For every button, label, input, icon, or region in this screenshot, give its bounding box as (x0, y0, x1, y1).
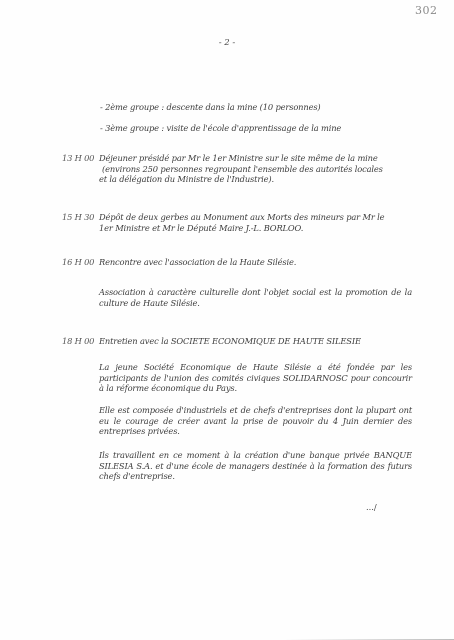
document-page: 302 - 2 - - 2ème groupe : descente dans … (0, 0, 454, 640)
group-item-3: - 3ème groupe : visite de l'école d'appr… (100, 123, 341, 134)
entry-1530-line-1: Dépôt de deux gerbes au Monument aux Mor… (99, 212, 384, 223)
schedule-time-1800: 18 H 00 (62, 336, 94, 346)
entry-1300-line-1: Déjeuner présidé par Mr le 1er Ministre … (99, 153, 378, 164)
entry-1530-line-2: 1er Ministre et Mr le Député Maire J.-L.… (99, 223, 303, 234)
entry-1800-line-1: Entretien avec la SOCIETE ECONOMIQUE DE … (99, 336, 361, 347)
continuation-mark: .../ (366, 502, 377, 512)
entry-1300-line-3: et la délégation du Ministre de l'Indust… (99, 174, 274, 185)
entry-1600-paragraph: Association à caractère culturelle dont … (99, 287, 412, 308)
entry-1800-paragraph-1: La jeune Société Economique de Haute Sil… (99, 362, 412, 394)
entry-1300-line-2: (environs 250 personnes regroupant l'ens… (102, 164, 383, 175)
group-item-2: - 2ème groupe : descente dans la mine (1… (100, 102, 321, 113)
page-number: - 2 - (0, 38, 454, 48)
entry-1600-line-1: Rencontre avec l'association de la Haute… (99, 257, 296, 268)
schedule-time-1600: 16 H 00 (62, 257, 94, 267)
entry-1800-paragraph-2: Elle est composée d'industriels et de ch… (99, 405, 412, 437)
schedule-time-1530: 15 H 30 (62, 212, 94, 222)
entry-1800-paragraph-3: Ils travaillent en ce moment à la créati… (99, 450, 412, 482)
handwritten-page-number: 302 (415, 4, 438, 17)
schedule-time-1300: 13 H 00 (62, 153, 94, 163)
